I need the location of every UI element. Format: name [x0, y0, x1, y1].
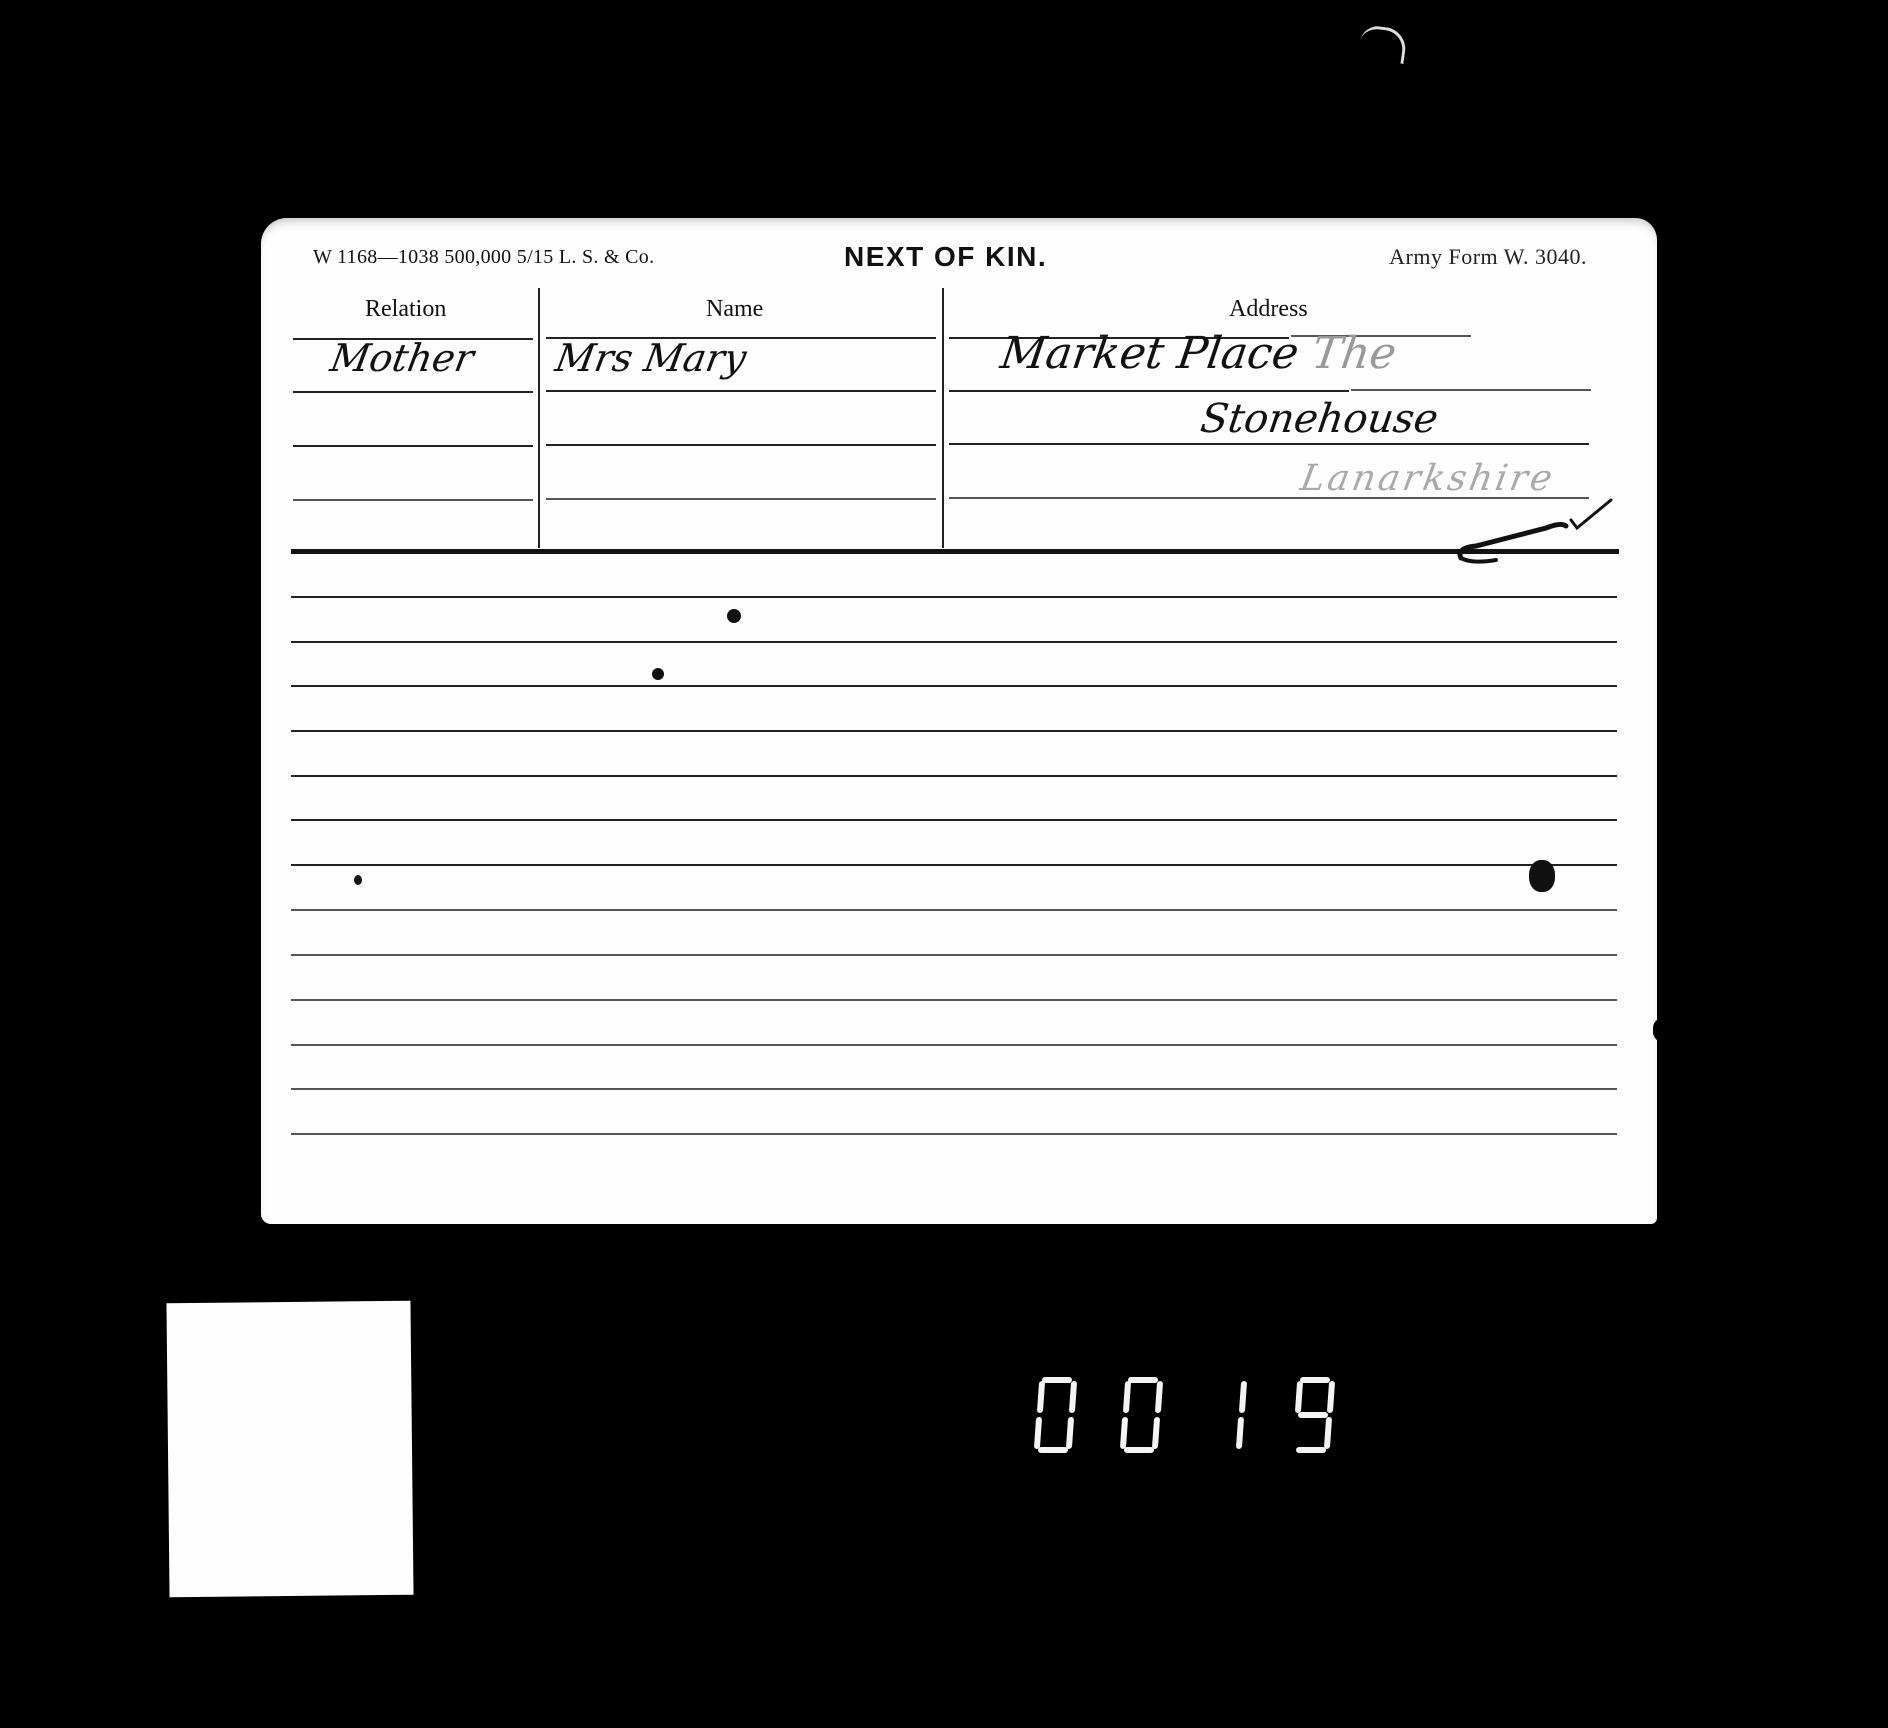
form-number: Army Form W. 3040. [1389, 244, 1587, 270]
blank-label-patch [166, 1301, 413, 1598]
column-header-address: Address [1229, 296, 1308, 323]
column-header-name: Name [706, 296, 763, 323]
counter-digit [1204, 1375, 1290, 1455]
handwritten-address-line-3: Lanarkshire [1297, 458, 1558, 499]
ink-spot [727, 609, 741, 623]
printer-imprint: W 1168—1038 500,000 5/15 L. S. & Co. [313, 246, 654, 269]
rule [546, 444, 936, 446]
ink-spot [652, 668, 664, 680]
address-line-1-text: Market Place [997, 328, 1301, 379]
rule [293, 391, 533, 393]
counter-digit [1290, 1375, 1376, 1455]
card-edge-notch [1653, 1018, 1667, 1042]
ink-spot [354, 875, 362, 885]
handwritten-address-line-1: Market Place The [997, 328, 1399, 379]
frame-counter: 0019 [1032, 1375, 1376, 1455]
rule [291, 641, 1617, 643]
rule [291, 730, 1617, 732]
film-scratch-mark [1358, 24, 1408, 64]
column-divider-1 [538, 288, 540, 548]
check-mark-icon [1451, 498, 1621, 568]
rule [291, 909, 1617, 911]
counter-digit [1032, 1375, 1118, 1455]
handwritten-relation: Mother [327, 336, 477, 380]
rule [546, 390, 936, 392]
rule [1351, 389, 1591, 391]
rule [291, 954, 1617, 956]
rule [291, 775, 1617, 777]
address-line-1-faded: The [1309, 328, 1400, 379]
counter-digit [1118, 1375, 1204, 1455]
rule [291, 864, 1617, 866]
rule [291, 999, 1617, 1001]
rule [291, 1044, 1617, 1046]
rule [291, 1133, 1617, 1135]
handwritten-name: Mrs Mary [552, 336, 750, 380]
rule [291, 685, 1617, 687]
column-divider-2 [942, 288, 944, 548]
column-header-relation: Relation [365, 296, 446, 323]
rule [291, 819, 1617, 821]
rule [291, 596, 1617, 598]
next-of-kin-card: W 1168—1038 500,000 5/15 L. S. & Co. NEX… [261, 218, 1657, 1224]
rule [546, 498, 936, 500]
rule [293, 445, 533, 447]
rule [949, 390, 1349, 392]
handwritten-address-line-2: Stonehouse [1198, 396, 1441, 442]
rule [949, 443, 1589, 445]
section-divider [291, 549, 1619, 554]
form-title: NEXT OF KIN. [844, 241, 1047, 273]
ink-spot [1529, 860, 1555, 892]
rule [291, 1088, 1617, 1090]
rule [293, 499, 533, 501]
